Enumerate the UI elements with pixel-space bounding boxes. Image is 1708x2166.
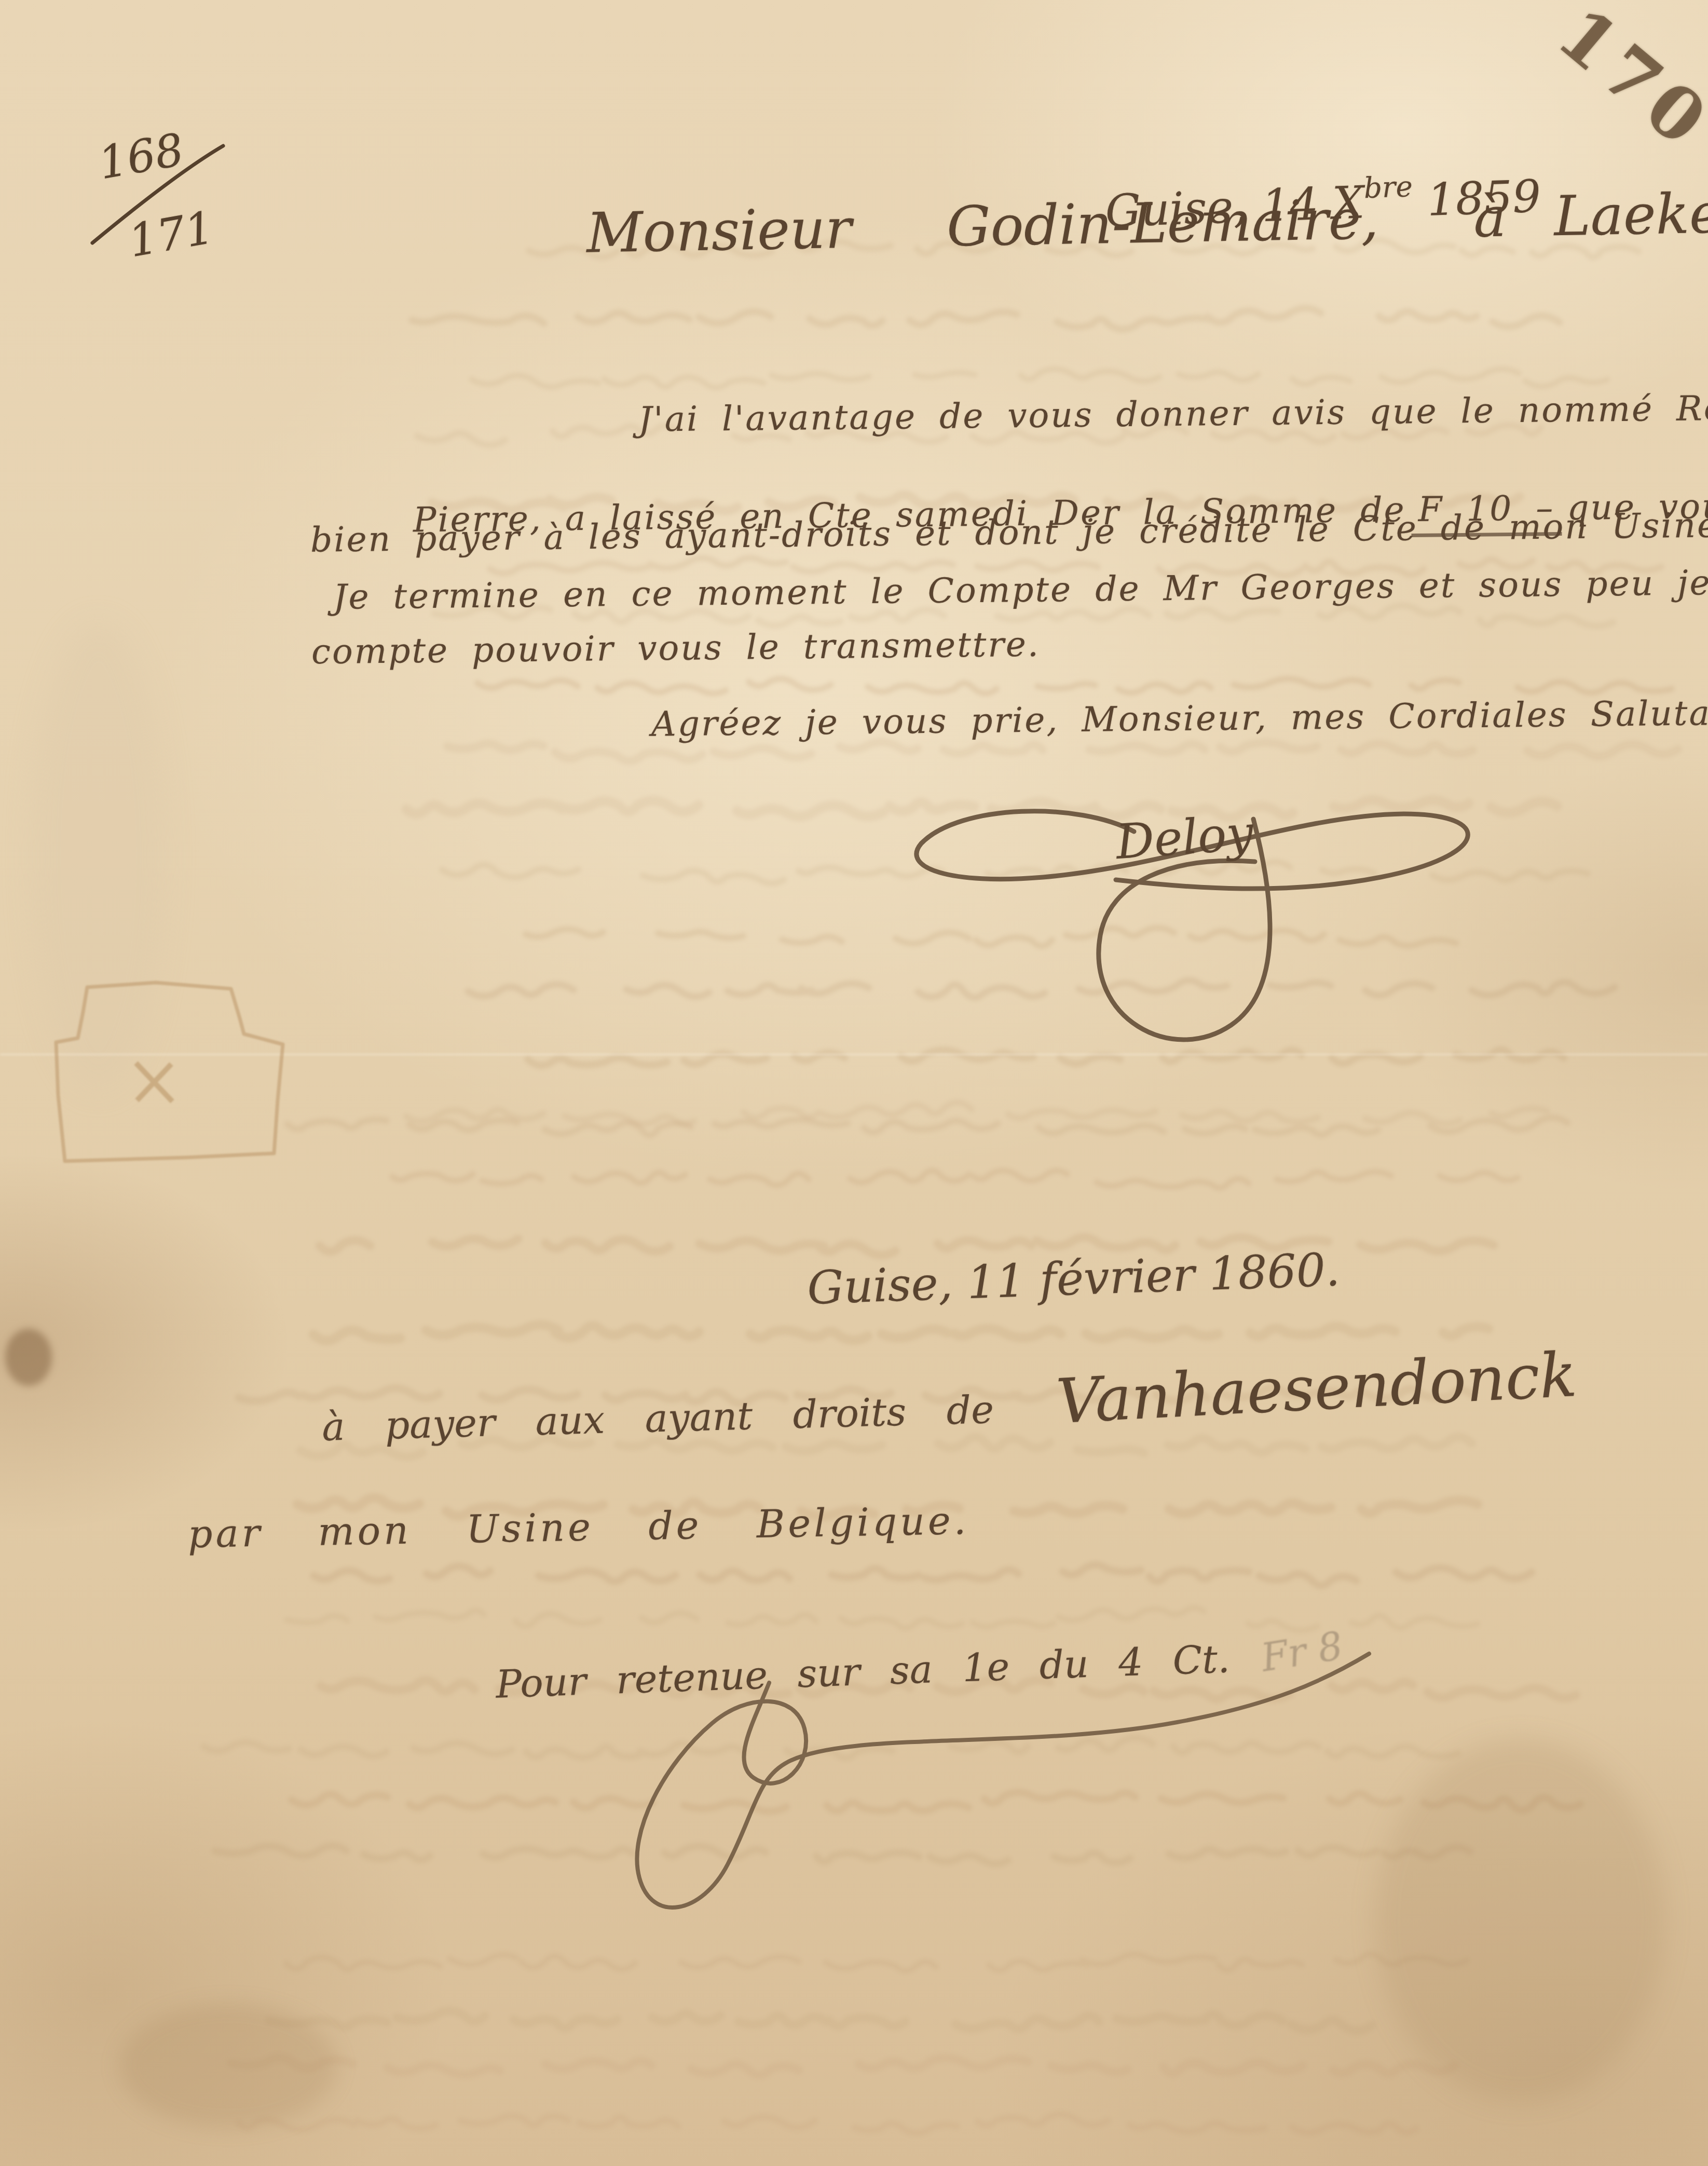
letter-scan-page: 170 168 171 Guise, 14 Xbre 1859 Monsieur… — [0, 0, 1708, 2166]
paraph-flourish — [0, 0, 1708, 2166]
